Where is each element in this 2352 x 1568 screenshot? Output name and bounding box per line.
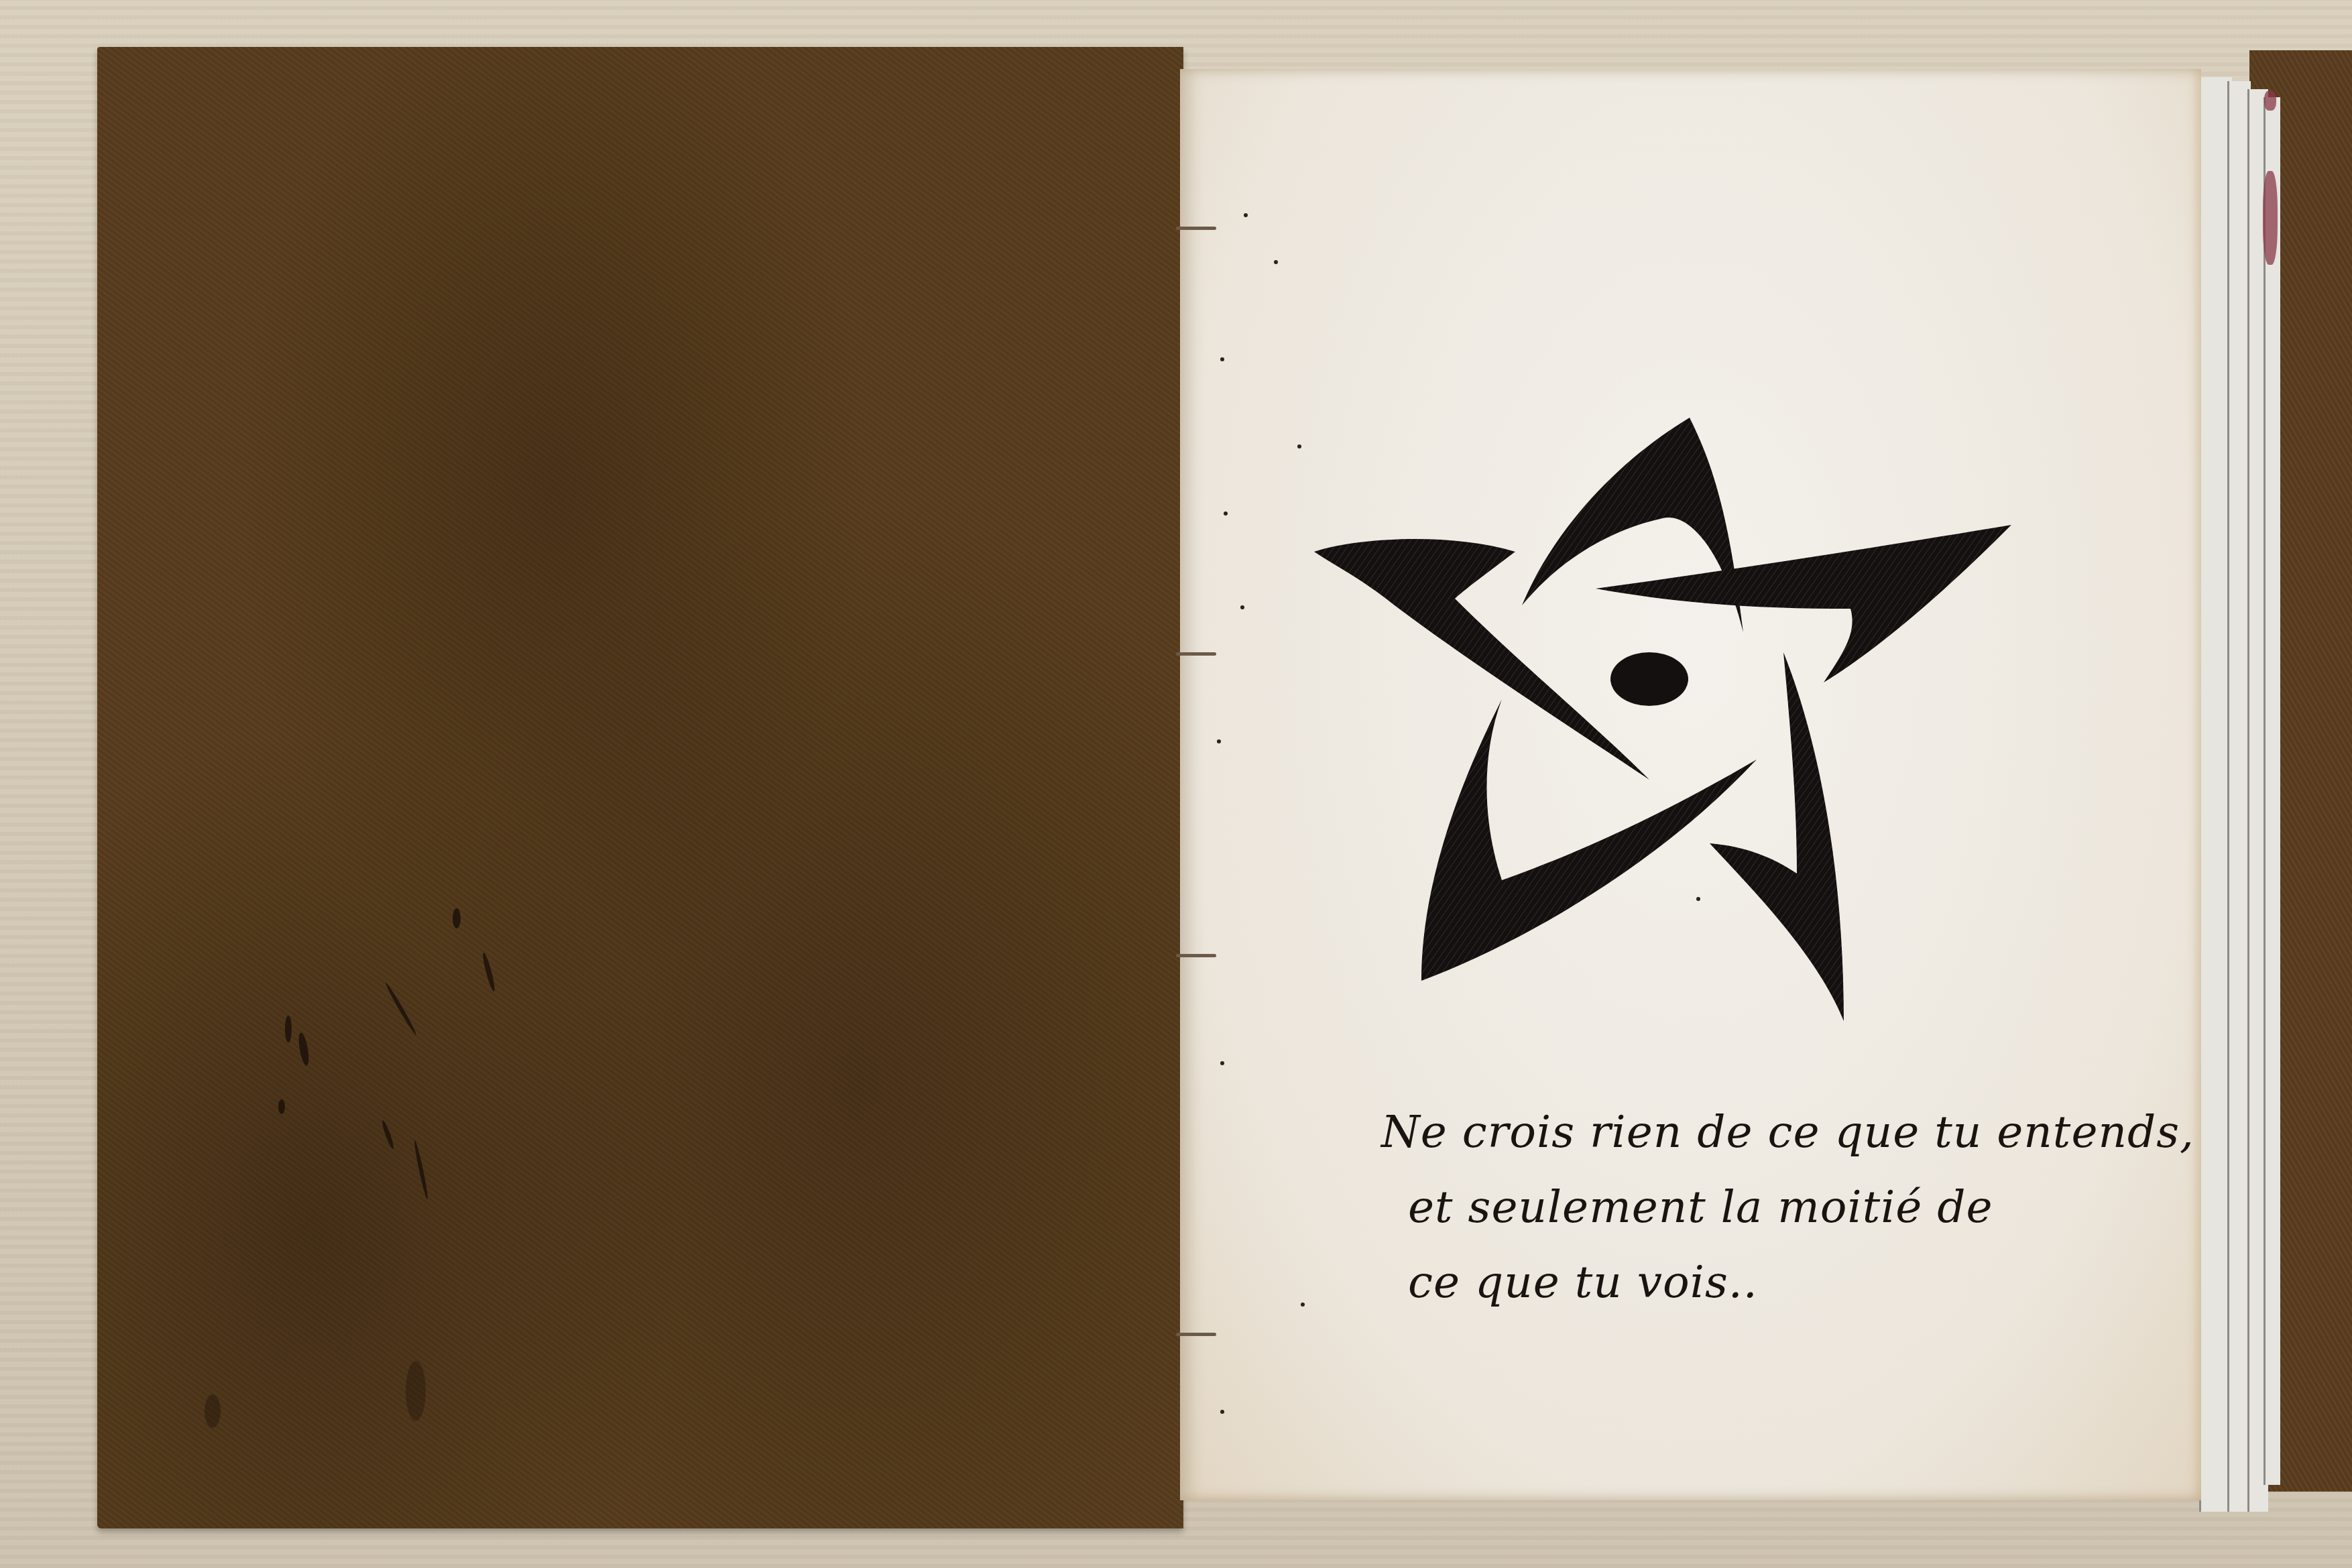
- ink-spatter: [285, 1016, 292, 1042]
- ink-spatter: [204, 1394, 221, 1428]
- front-cover: [97, 47, 1183, 1528]
- maroon-stain: [2264, 91, 2276, 111]
- ink-spatter: [413, 1140, 430, 1199]
- ink-speck: [1297, 444, 1301, 448]
- ink-spatter: [406, 1361, 426, 1421]
- page-edge: [2263, 97, 2280, 1485]
- binding-stitch: [1176, 954, 1216, 957]
- pentagram-hooks-icon: [1314, 351, 2052, 1061]
- ink-speck: [1301, 1303, 1305, 1307]
- ink-spatter: [453, 908, 461, 928]
- binding-stitch: [1176, 652, 1216, 656]
- page-stack: [2199, 77, 2266, 1512]
- binding-stitch: [1176, 1333, 1216, 1336]
- quote-line-2: et seulement la moitié de: [1381, 1170, 2119, 1245]
- quote-line-1: Ne crois rien de ce que tu entends,: [1381, 1095, 2119, 1170]
- ink-spatter: [297, 1032, 311, 1066]
- handwritten-quote: Ne crois rien de ce que tu entends, et s…: [1381, 1095, 2119, 1320]
- right-page: Ne crois rien de ce que tu entends, et s…: [1180, 69, 2201, 1500]
- ink-speck: [1244, 213, 1248, 217]
- ink-spatter: [278, 1099, 285, 1114]
- quote-line-3: ce que tu vois..: [1381, 1245, 2119, 1320]
- binding-stitch: [1176, 227, 1216, 230]
- maroon-stain: [2263, 171, 2278, 265]
- ink-spatter: [381, 1120, 396, 1150]
- ink-speck: [1220, 357, 1224, 361]
- ink-speck: [1220, 1410, 1224, 1414]
- ink-speck: [1224, 511, 1228, 516]
- ink-speck: [1240, 605, 1244, 609]
- ink-speck: [1217, 739, 1221, 743]
- ink-speck: [1220, 1061, 1224, 1065]
- ink-spatter: [481, 952, 496, 992]
- ink-speck: [1274, 260, 1278, 264]
- ink-spatter: [384, 982, 418, 1036]
